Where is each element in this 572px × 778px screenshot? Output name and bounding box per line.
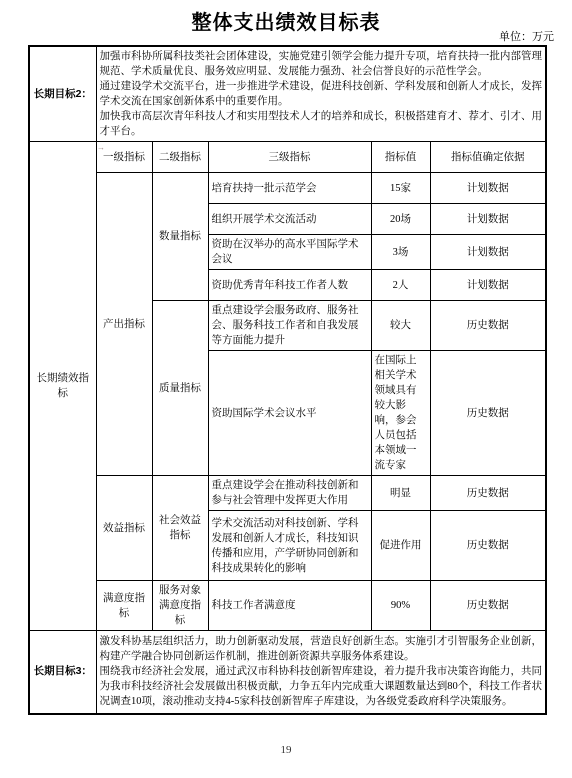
indicator-value-cell: 2人 — [371, 270, 430, 301]
level2-social-benefit-cell: 社会效益指标 — [152, 476, 208, 581]
indicator-name-cell: 资助优秀青年科技工作者人数 — [208, 270, 371, 301]
indicator-basis-cell: 计划数据 — [430, 173, 546, 204]
indicator-name-cell: 组织开展学术交流活动 — [208, 204, 371, 235]
indicator-basis-cell: 历史数据 — [430, 351, 546, 476]
level2-service-target-cell: 服务对象满意度指标 — [152, 581, 208, 631]
indicator-row: 满意度指标 服务对象满意度指标 科技工作者满意度 90% 历史数据 — [29, 581, 546, 631]
goal2-text-cell: 加强市科协所属科技类社会团体建设，实施党建引领学会能力提升专项，培育扶持一批内部… — [96, 46, 546, 142]
indicator-value-cell: 促进作用 — [371, 511, 430, 581]
indicator-name-cell: 培育扶持一批示范学会 — [208, 173, 371, 204]
indicator-name-cell: 重点建设学会服务政府、服务社会、服务科技工作者和自我发展等方面能力提升 — [208, 301, 371, 351]
goal3-text-cell: 激发科协基层组织活力，助力创新驱动发展，营造良好创新生态。实施引才引智服务企业创… — [96, 631, 546, 714]
indicator-basis-cell: 历史数据 — [430, 511, 546, 581]
document-page: 整体支出绩效目标表 单位：万元 长期目标2： 加强市科协所属科技类社会团体建设，… — [0, 0, 572, 778]
goal2-label-cell: 长期目标2： — [29, 46, 96, 142]
unit-label: 单位：万元 — [499, 28, 554, 44]
indicator-name-cell: 资助国际学术会议水平 — [208, 351, 371, 476]
performance-target-table: 长期目标2： 加强市科协所属科技类社会团体建设，实施党建引领学会能力提升专项，培… — [28, 45, 547, 715]
indicator-basis-cell: 计划数据 — [430, 204, 546, 235]
header-basis: 指标值确定依据 — [430, 142, 546, 173]
long-term-indicators-label-cell: 长期绩效指标 — [29, 142, 96, 631]
indicator-value-cell: 3场 — [371, 235, 430, 270]
header-value: 指标值 — [371, 142, 430, 173]
indicator-name-cell: 学术交流活动对科技创新、学科发展和创新人才成长，科技知识传播和应用，产学研协同创… — [208, 511, 371, 581]
indicator-name-cell: 重点建设学会在推动科技创新和参与社会管理中发挥更大作用 — [208, 476, 371, 511]
indicator-value-cell: 15家 — [371, 173, 430, 204]
level1-satisfaction-cell: 满意度指标 — [96, 581, 152, 631]
indicator-name-cell: 科技工作者满意度 — [208, 581, 371, 631]
indicator-basis-cell: 计划数据 — [430, 270, 546, 301]
header-level3: 三级指标 — [208, 142, 371, 173]
indicator-row: 产出指标 数量指标 培育扶持一批示范学会 15家 计划数据 — [29, 173, 546, 204]
format-arrow-mark: → — [97, 144, 105, 152]
indicator-row: 效益指标 社会效益指标 重点建设学会在推动科技创新和参与社会管理中发挥更大作用 … — [29, 476, 546, 511]
level2-quality-cell: 质量指标 — [152, 301, 208, 476]
indicator-value-cell: 90% — [371, 581, 430, 631]
indicator-value-cell: 在国际上相关学术领域具有较大影响，参会人员包括本领域一流专家 — [371, 351, 430, 476]
indicator-basis-cell: 计划数据 — [430, 235, 546, 270]
indicator-value-cell: 20场 — [371, 204, 430, 235]
level1-output-cell: 产出指标 — [96, 173, 152, 476]
header-level2: 二级指标 — [152, 142, 208, 173]
level2-quantity-cell: 数量指标 — [152, 173, 208, 301]
page-title: 整体支出绩效目标表 — [0, 6, 572, 35]
indicator-basis-cell: 历史数据 — [430, 301, 546, 351]
indicator-basis-cell: 历史数据 — [430, 581, 546, 631]
level1-benefit-cell: 效益指标 — [96, 476, 152, 581]
indicator-basis-cell: 历史数据 — [430, 476, 546, 511]
page-number: 19 — [0, 744, 572, 756]
indicator-value-cell: 明显 — [371, 476, 430, 511]
goal3-label-cell: 长期目标3： — [29, 631, 96, 714]
indicator-value-cell: 较大 — [371, 301, 430, 351]
indicator-name-cell: 资助在汉举办的高水平国际学术会议 — [208, 235, 371, 270]
